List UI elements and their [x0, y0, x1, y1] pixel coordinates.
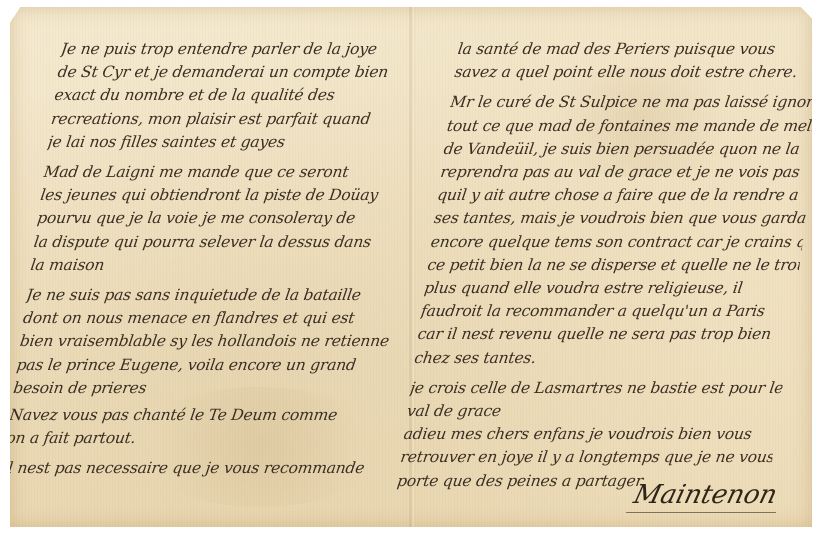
text-line: chez ses tantes.: [413, 347, 788, 370]
text-line: Je ne puis trop entendre parler de la jo…: [59, 38, 432, 61]
text-line: Mr le curé de St Sulpice ne ma pas laiss…: [449, 91, 822, 114]
text-line: la dispute qui pourra selever la dessus …: [32, 231, 405, 254]
text-line: on a fait partout.: [5, 427, 378, 450]
text-line: tout ce que mad de fontaines me mande de…: [445, 115, 820, 138]
text-line: je crois celle de Lasmartres ne bastie e…: [409, 377, 784, 400]
text-line: Je ne suis pas sans inquietude de la bat…: [25, 284, 398, 307]
text-line: la maison: [29, 254, 402, 277]
text-line: retrouver en joye il y a longtemps que j…: [399, 446, 774, 469]
text-line: recreations, mon plaisir est parfait qua…: [50, 108, 423, 131]
signature: Maintenon: [626, 480, 784, 513]
text-line: je lai nos filles saintes et gayes: [46, 131, 419, 154]
text-line: quil y ait autre chose a faire que de la…: [436, 184, 811, 207]
text-line: pas le prince Eugene, voila encore un gr…: [15, 354, 388, 377]
text-line: encore quelque tems son contract car je …: [429, 231, 804, 254]
text-line: savez a quel point elle nous doit estre …: [453, 61, 822, 84]
text-line: ses tantes, mais je voudrois bien que vo…: [432, 207, 807, 230]
letter-sheet: Je ne puis trop entendre parler de la jo…: [10, 7, 812, 527]
text-line: Navez vous pas chanté le Te Deum comme: [8, 404, 381, 427]
text-line: Mad de Laigni me mande que ce seront: [42, 161, 415, 184]
text-line: Il nest pas necessaire que je vous recom…: [0, 457, 373, 480]
text-line: adieu mes chers enfans je voudrois bien …: [402, 423, 777, 446]
text-line: val de grace: [405, 400, 780, 423]
text-line: plus quand elle voudra estre religieuse,…: [423, 277, 798, 300]
text-line: dont on nous menace en flandres et qui e…: [22, 307, 395, 330]
text-line: de Vandeüil, je suis bien persuadée quon…: [442, 138, 817, 161]
left-page: Je ne puis trop entendre parler de la jo…: [0, 31, 433, 481]
text-line: car il nest revenu quelle ne sera pas tr…: [416, 323, 791, 346]
text-line: ce petit bien la ne se disperse et quell…: [426, 254, 801, 277]
text-line: de St Cyr et je demanderai un compte bie…: [56, 61, 429, 84]
text-line: exact du nombre et de la qualité des: [53, 84, 426, 107]
text-line: faudroit la recommander a quelqu'un a Pa…: [419, 300, 794, 323]
text-line: la santé de mad des Periers puisque vous: [456, 38, 822, 61]
right-page: la santé de mad des Periers puisque vous…: [396, 31, 822, 493]
text-line: bien vraisemblable sy les hollandois ne …: [18, 330, 391, 353]
text-line: pourvu que je la voie je me consoleray d…: [36, 207, 409, 230]
text-line: besoin de prieres: [12, 377, 385, 400]
text-line: reprendra pas au val de grace et je ne v…: [439, 161, 814, 184]
text-line: les jeunes qui obtiendront la piste de D…: [39, 184, 412, 207]
